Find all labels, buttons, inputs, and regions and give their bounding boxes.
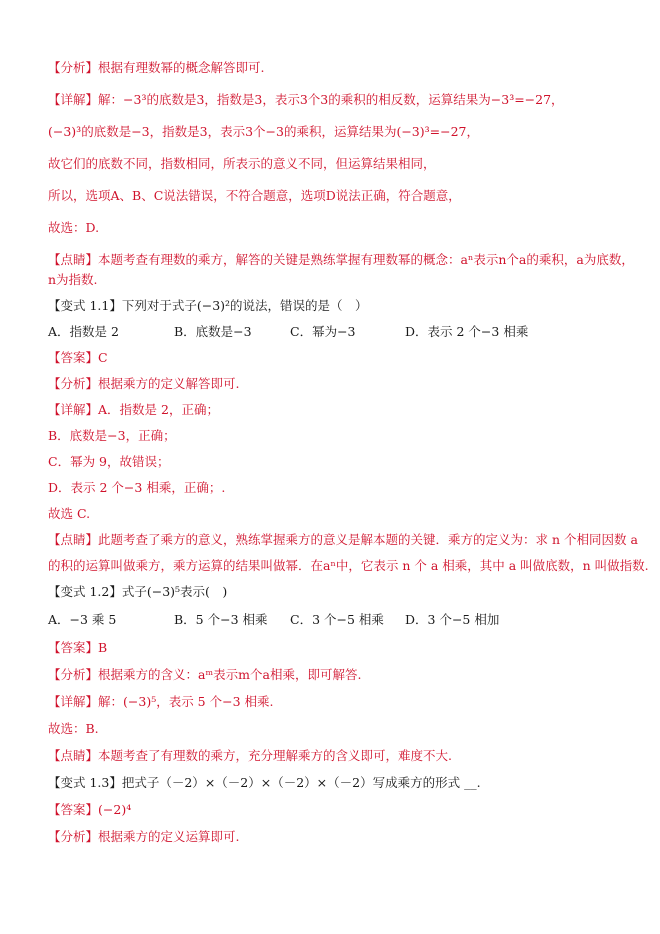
analysis-tag: 【分析】 xyxy=(48,667,98,682)
document-page: 【分析】根据有理数幂的概念解答即可. 【详解】解：−3³的底数是3，指数是3，表… xyxy=(0,0,660,934)
analysis-text: 根据乘方的定义运算即可. xyxy=(98,829,239,844)
conclusion-line: 故选：B. xyxy=(48,721,99,737)
comment-text: 本题考查了有理数的乘方，充分理解乘方的含义即可，难度不大. xyxy=(98,748,452,763)
answer-value: C xyxy=(98,350,108,365)
conclusion-line: 故选 C. xyxy=(48,506,90,522)
variant-1-1-question: 【变式 1.1】下列对于式子(−3)²的说法，错误的是（ ） xyxy=(48,298,368,314)
answer-line: 【答案】(−2)⁴ xyxy=(48,802,131,818)
option-b: B．5 个−3 相乘 xyxy=(174,612,268,628)
comment-tag: 【点睛】 xyxy=(48,748,98,763)
answer-line: 【答案】B xyxy=(48,640,107,656)
detail-line-1: 【详解】A．指数是 2，正确； xyxy=(48,402,219,418)
variant-1-2-question: 【变式 1.2】式子(−3)⁵表示( ) xyxy=(48,584,227,600)
detail-text: 解：−3³的底数是3，指数是3，表示3个3的乘积的相反数，运算结果为−3³=−2… xyxy=(98,92,564,107)
variant-1-3-question: 【变式 1.3】把式子（－2）×（－2）×（－2）×（－2）写成乘方的形式 __… xyxy=(48,775,481,791)
analysis-text: 根据乘方的定义解答即可. xyxy=(98,376,239,391)
answer-tag: 【答案】 xyxy=(48,350,98,365)
variant-tag: 【变式 1.2】 xyxy=(48,584,122,599)
detail-tag: 【详解】 xyxy=(48,92,98,107)
analysis-tag: 【分析】 xyxy=(48,829,98,844)
comment-tag: 【点睛】 xyxy=(48,532,98,547)
option-b: B．底数是−3 xyxy=(174,324,252,340)
conclusion-line: 故选：D. xyxy=(48,220,99,236)
variant-1-1-options: A．指数是 2 B．底数是−3 C．幂为−3 D．表示 2 个−3 相乘 xyxy=(48,324,608,340)
comment-line-1: 【点睛】本题考查有理数的乘方，解答的关键是熟练掌握有理数幂的概念：aⁿ表示n个a… xyxy=(48,252,634,268)
detail-line-4: D．表示 2 个−3 相乘，正确；. xyxy=(48,480,225,496)
analysis-tag: 【分析】 xyxy=(48,60,98,75)
analysis-tag: 【分析】 xyxy=(48,376,98,391)
comment-line-2: 的积的运算叫做乘方，乘方运算的结果叫做幂．在aⁿ中，它表示 n 个 a 相乘，其… xyxy=(48,558,649,574)
comment-text: 本题考查有理数的乘方，解答的关键是熟练掌握有理数幂的概念：aⁿ表示n个a的乘积，… xyxy=(98,252,634,267)
question-text: 把式子（－2）×（－2）×（－2）×（－2）写成乘方的形式 __. xyxy=(122,775,481,790)
option-c: C．幂为−3 xyxy=(290,324,356,340)
question-text: 下列对于式子(−3)²的说法，错误的是（ ） xyxy=(122,298,368,313)
analysis-line: 【分析】根据乘方的含义：aᵐ表示m个a相乘，即可解答. xyxy=(48,667,361,683)
detail-line-1: 【详解】解：−3³的底数是3，指数是3，表示3个3的乘积的相反数，运算结果为−3… xyxy=(48,92,564,108)
option-d: D．3 个−5 相加 xyxy=(405,612,499,628)
detail-line-3: 故它们的底数不同，指数相同，所表示的意义不同，但运算结果相同， xyxy=(48,156,436,172)
analysis-text: 根据有理数幂的概念解答即可. xyxy=(98,60,264,75)
question-text: 式子(−3)⁵表示( ) xyxy=(122,584,227,599)
detail-text: A．指数是 2，正确； xyxy=(98,402,219,417)
variant-tag: 【变式 1.1】 xyxy=(48,298,122,313)
comment-line-1: 【点睛】此题考查了乘方的意义，熟练掌握乘方的意义是解本题的关键．乘方的定义为：求… xyxy=(48,532,638,548)
comment-line: 【点睛】本题考查了有理数的乘方，充分理解乘方的含义即可，难度不大. xyxy=(48,748,452,764)
analysis-line: 【分析】根据乘方的定义运算即可. xyxy=(48,829,240,845)
option-a: A．指数是 2 xyxy=(48,324,119,340)
variant-tag: 【变式 1.3】 xyxy=(48,775,122,790)
detail-line-3: C．幂为 9，故错误； xyxy=(48,454,170,470)
comment-tag: 【点睛】 xyxy=(48,252,98,267)
answer-tag: 【答案】 xyxy=(48,802,98,817)
detail-line-2: B．底数是−3，正确； xyxy=(48,428,176,444)
option-c: C．3 个−5 相乘 xyxy=(290,612,384,628)
detail-tag: 【详解】 xyxy=(48,694,98,709)
detail-text: 解：(−3)⁵，表示 5 个−3 相乘. xyxy=(98,694,273,709)
option-d: D．表示 2 个−3 相乘 xyxy=(405,324,528,340)
detail-line-2: (−3)³的底数是−3，指数是3，表示3个−3的乘积，运算结果为(−3)³=−2… xyxy=(48,124,479,140)
answer-line: 【答案】C xyxy=(48,350,108,366)
analysis-line: 【分析】根据有理数幂的概念解答即可. xyxy=(48,60,265,76)
comment-text: 此题考查了乘方的意义，熟练掌握乘方的意义是解本题的关键．乘方的定义为：求 n 个… xyxy=(98,532,638,547)
analysis-line: 【分析】根据乘方的定义解答即可. xyxy=(48,376,240,392)
detail-line: 【详解】解：(−3)⁵，表示 5 个−3 相乘. xyxy=(48,694,273,710)
option-a: A．−3 乘 5 xyxy=(48,612,116,628)
analysis-text: 根据乘方的含义：aᵐ表示m个a相乘，即可解答. xyxy=(98,667,361,682)
variant-1-2-options: A．−3 乘 5 B．5 个−3 相乘 C．3 个−5 相乘 D．3 个−5 相… xyxy=(48,612,608,628)
answer-value: B xyxy=(98,640,107,655)
detail-tag: 【详解】 xyxy=(48,402,98,417)
comment-line-2: n为指数. xyxy=(48,272,98,288)
answer-tag: 【答案】 xyxy=(48,640,98,655)
detail-line-4: 所以，选项A、B、C说法错误，不符合题意，选项D说法正确，符合题意， xyxy=(48,188,461,204)
answer-value: (−2)⁴ xyxy=(98,802,131,817)
